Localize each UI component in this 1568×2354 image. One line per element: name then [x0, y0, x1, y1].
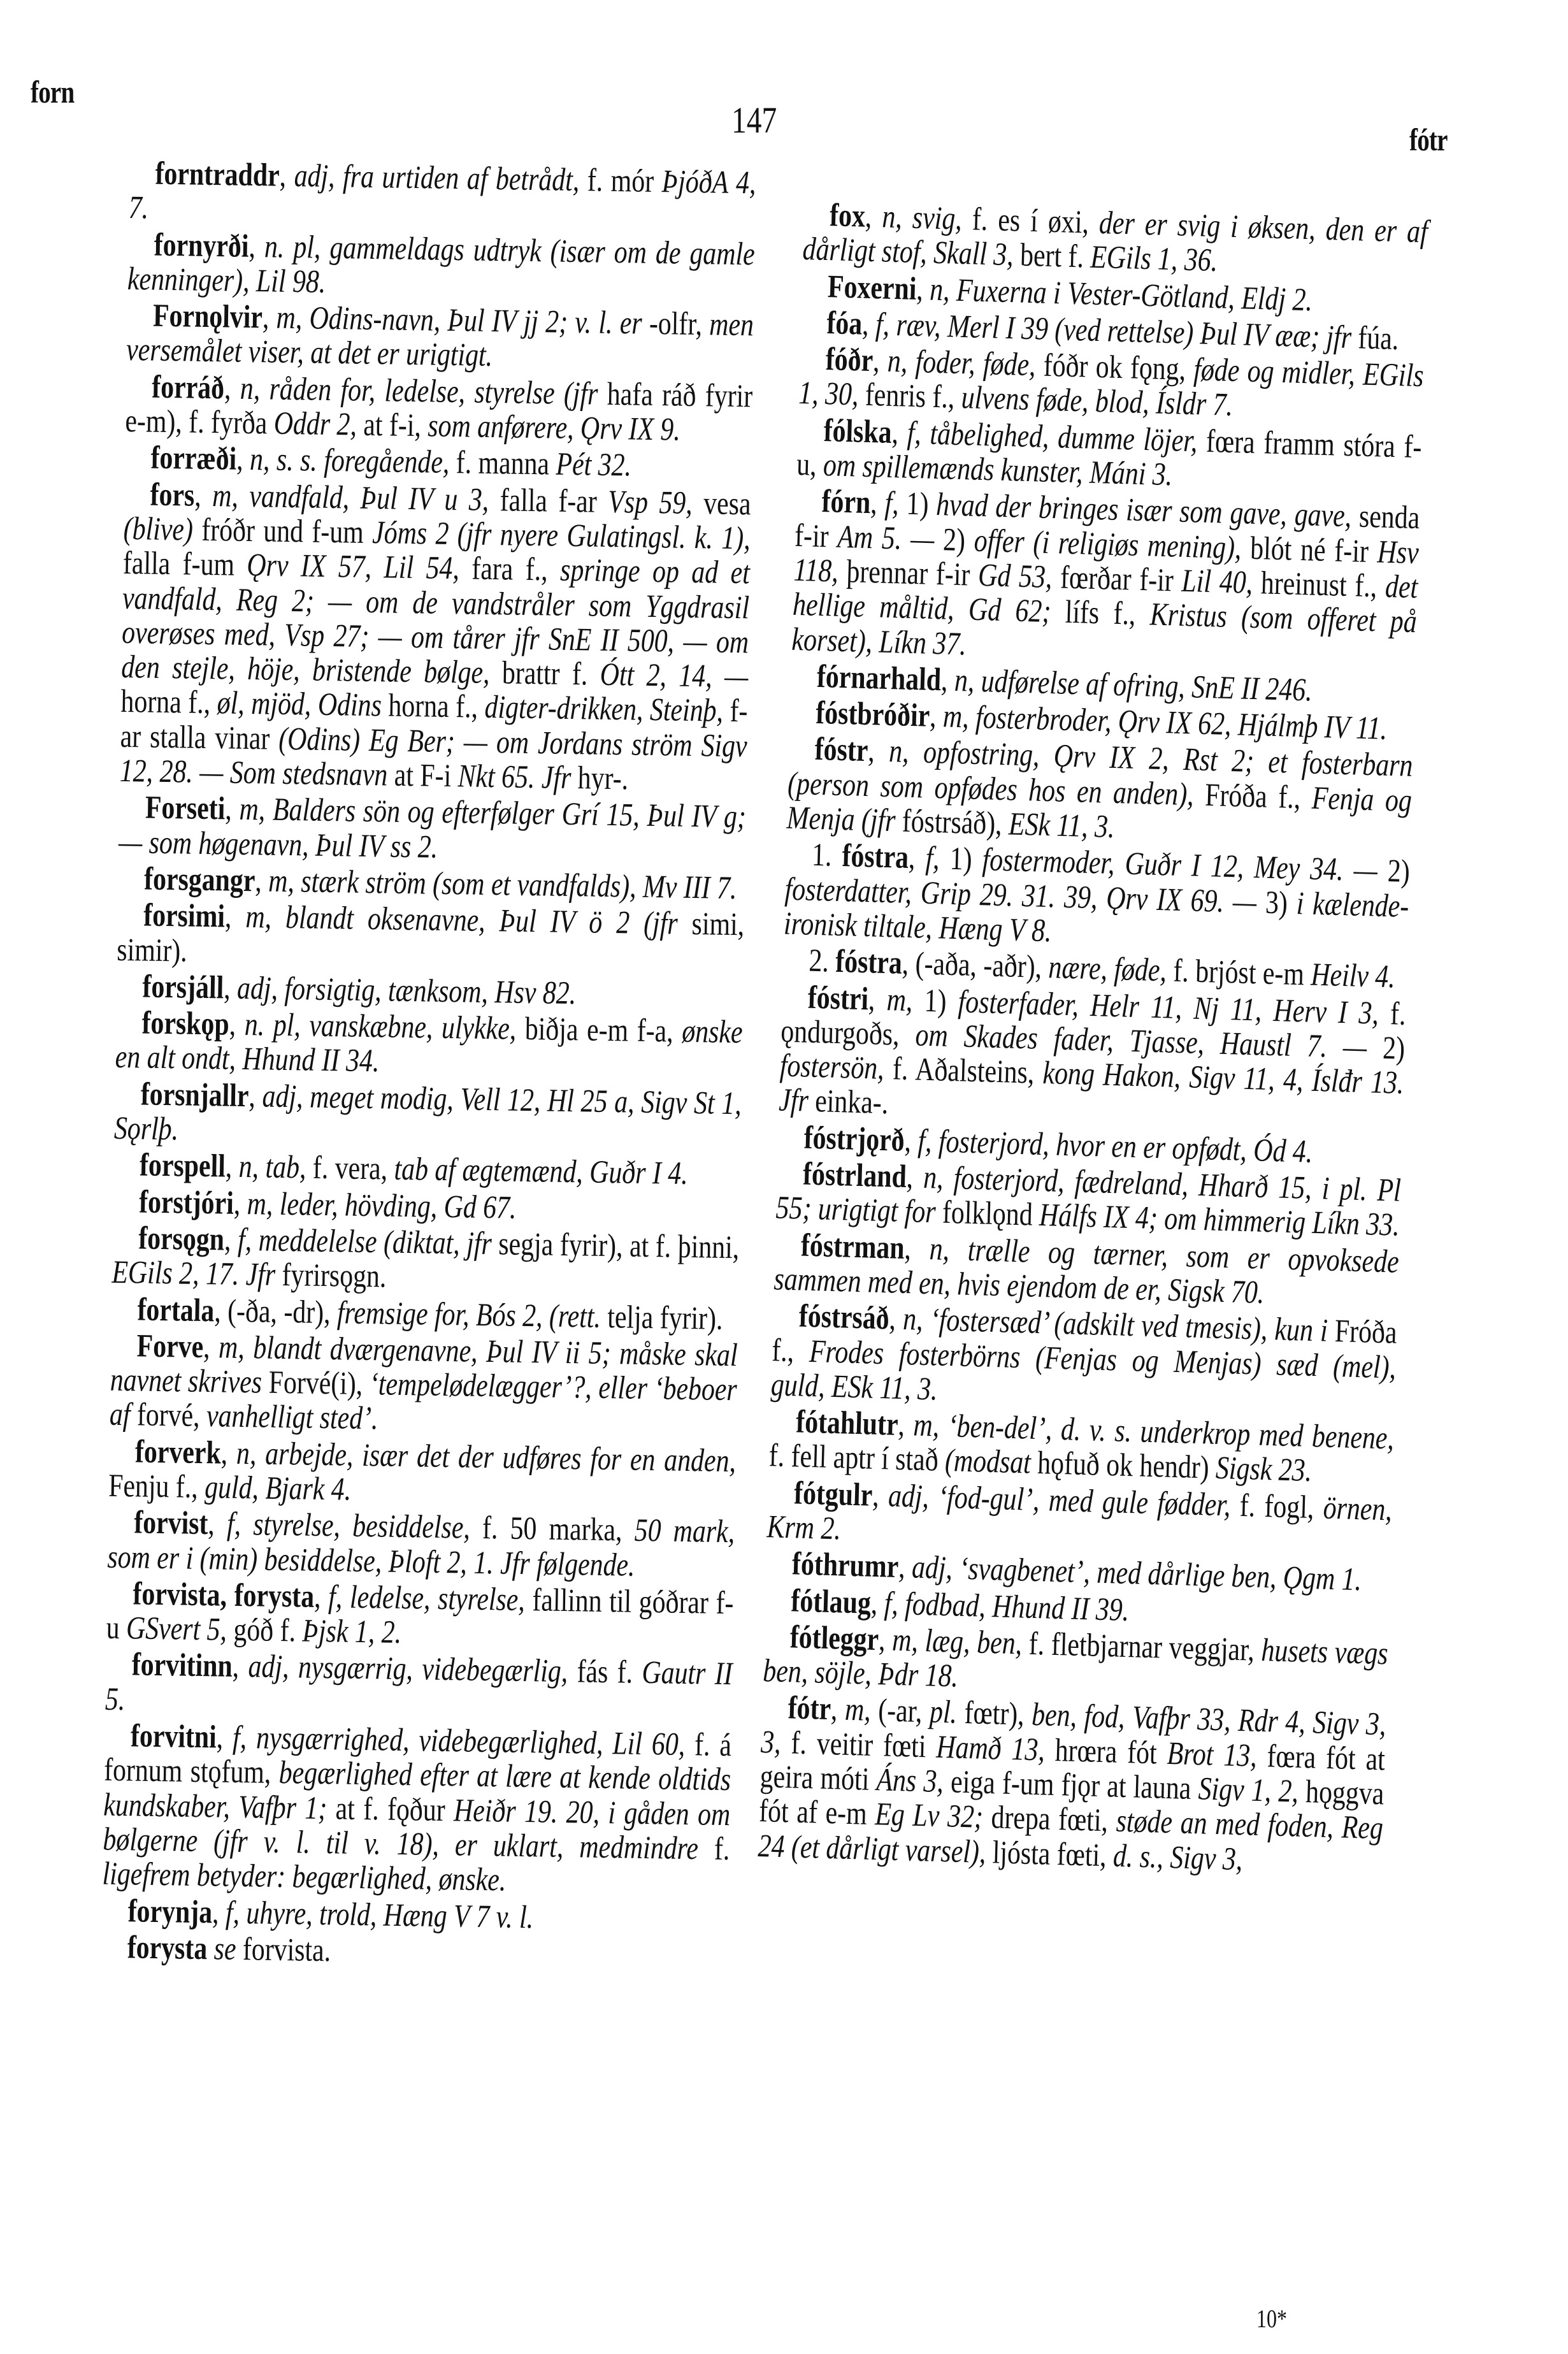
citation-text: , [236, 442, 250, 477]
printer-signature: 10* [1256, 2304, 1287, 2334]
citation-text: 1) [912, 983, 959, 1020]
citation-text: brattr f. [489, 655, 600, 693]
dictionary-entry: Fornǫlvir, m, Odins-navn, Þul IV jj 2; v… [126, 298, 754, 377]
citation-text: , [229, 1007, 245, 1043]
dictionary-entry: forskǫp, n. pl, vanskæbne, ulykke, biðja… [115, 1006, 743, 1085]
citation-text: góð f. [227, 1612, 303, 1649]
citation-text: , [898, 1549, 912, 1585]
column-left: forntraddr, adj, fra urtiden af betrådt,… [101, 156, 756, 1976]
dictionary-entry: Forve, m, blandt dværgenavne, Þul IV ii … [110, 1329, 738, 1442]
gloss-text: ulvens føde, blod, Ísldr 7. [961, 380, 1234, 424]
citation-text: , [203, 1329, 219, 1365]
homograph-number: 1. [811, 837, 842, 874]
gloss-text: pl. [929, 1694, 958, 1731]
citation-text: , [225, 791, 240, 827]
citation-text: forvista. [236, 1932, 331, 1968]
citation-text: , [906, 1159, 924, 1195]
gloss-text: f, meddelelse (diktat, jfr [238, 1222, 493, 1262]
gloss-text: f, ledelse, styrelse, [328, 1579, 525, 1618]
citation-text: 1) [898, 486, 937, 523]
headword: forræði [150, 440, 237, 477]
headword: forvist [134, 1505, 208, 1542]
gloss-text: guld, Bjark 4. [205, 1469, 352, 1508]
citation-text: -olfr, [649, 306, 710, 342]
citation-text: , [878, 1622, 893, 1658]
citation-text: , [263, 300, 277, 336]
headword: fornyrði [154, 227, 249, 264]
gloss-text: m, blandt oksenavne, Þul IV ö 2 (jfr [245, 899, 678, 942]
headword: fóstrjǫrð [803, 1120, 905, 1158]
dictionary-entry: fóstri, m, 1) fosterfader, Helr 11, Nj 1… [779, 979, 1407, 1135]
headword: forsimi [143, 898, 226, 935]
citation-text: , [314, 1579, 329, 1615]
headword: fórn [821, 484, 871, 521]
gloss-text: n, foder, føde, [887, 343, 1036, 383]
headword: fóðr [825, 342, 874, 379]
dictionary-page: forn 147 fótr forntraddr, adj, fra urtid… [0, 0, 1568, 2354]
gloss-text: f, [925, 841, 940, 877]
gloss-text: n, svig, [882, 199, 963, 236]
citation-text: folklǫnd [935, 1195, 1040, 1234]
citation-text: , [865, 199, 882, 235]
headword: fóstra [842, 838, 909, 876]
dictionary-entry: forntraddr, adj, fra urtiden af betrådt,… [128, 156, 756, 235]
headword: forntraddr [155, 156, 280, 194]
headword: fóstrland [802, 1157, 907, 1195]
citation-text: f. fell aptr í stað [768, 1438, 946, 1479]
citation-text: biðja e-m f-a, [516, 1011, 682, 1050]
gloss-text: adj, forsigtig, tænksom, Hsv 82. [237, 971, 577, 1011]
citation-text: segja fyrir), at f. þinni, [491, 1226, 739, 1266]
headword: forráð [152, 369, 225, 406]
gloss-text: Ótt 2, 14, — [600, 657, 748, 695]
citation-text: fóstrsáð), [895, 803, 1009, 842]
headword: forspell [140, 1148, 226, 1185]
citation-text: , [224, 370, 241, 406]
citation-text: , [255, 863, 269, 899]
citation-text: fœtr), [956, 1695, 1032, 1733]
headword: forvista, forysta [133, 1576, 314, 1614]
citation-text: f. es í øxi, [961, 201, 1100, 241]
dictionary-entry: forsimi, m, blandt oksenavne, Þul IV ö 2… [117, 898, 745, 977]
citation-text: , [225, 899, 246, 935]
citation-text: fóðr ok fǫng, [1035, 347, 1194, 387]
gloss-text: Pét 32. [556, 447, 631, 484]
gloss-text: Eg Lv 32; [875, 1796, 984, 1835]
headword: forsgangr [144, 861, 255, 899]
citation-text: Fróða f., [1193, 777, 1313, 816]
gloss-text: n, tab, [238, 1149, 306, 1186]
citation-text: lífs f., [1051, 594, 1151, 632]
citation-text: falla f-ar [489, 482, 608, 520]
dictionary-entry: fórn, f, 1) hvad der bringes især som ga… [791, 484, 1420, 674]
citation-text: forvé, [130, 1397, 206, 1434]
citation-text: f. manna [449, 445, 556, 482]
dictionary-entry: fors, m, vandfald, Þul IV u 3, falla f-a… [119, 477, 751, 798]
citation-text: , [916, 271, 930, 308]
gloss-text: f, styrelse, besiddelse, [227, 1506, 471, 1546]
citation-text: , [248, 229, 264, 264]
headword: fox [829, 198, 865, 235]
gloss-text: tab af ægtemænd, Guðr I 4. [394, 1152, 688, 1192]
citation-text: , [940, 662, 954, 698]
citation-text: hyr-. [571, 760, 629, 797]
citation-text: ljósta fœti, [986, 1835, 1114, 1874]
citation-text: f. vera, [306, 1150, 394, 1187]
headword: fóstri [807, 979, 869, 1017]
headword: fótlaug [791, 1583, 872, 1621]
gloss-text: Vsp 59, [608, 484, 693, 521]
citation-text: , [904, 1123, 918, 1159]
gloss-text: m, leder, hövding, Gd 67. [247, 1186, 517, 1226]
gloss-text: Sigsk 23. [1215, 1450, 1313, 1489]
headword: fóthrumr [791, 1547, 899, 1585]
gloss-text: m, [844, 1692, 871, 1728]
citation-text: f. brjóst e-m [1166, 953, 1311, 993]
citation-text: , [279, 158, 294, 194]
citation-text: horna f., [381, 688, 485, 726]
citation-text: , [898, 1407, 914, 1443]
citation-text: , [870, 1585, 884, 1621]
dictionary-entry: forráð, n, råden for, ledelse, styrelse … [125, 370, 753, 449]
citation-text: fenris f., [858, 377, 962, 415]
citation-text: , [233, 1185, 247, 1221]
headword: fótahlutr [796, 1404, 899, 1443]
dictionary-entry: forvist, f, styrelse, besiddelse, f. 50 … [107, 1505, 735, 1584]
gloss-text: EGils 2, 17. Jfr [111, 1255, 276, 1293]
headword: fórnarhald [816, 659, 942, 698]
headword: fótgulr [793, 1475, 873, 1513]
gloss-text: Oddr 2, [273, 406, 357, 443]
dictionary-entry: fóstr, n, opfostring, Ǫrv IX 2, Rst 2; e… [786, 732, 1413, 853]
headword: forvitni [131, 1718, 217, 1755]
gloss-text: f, [884, 486, 900, 522]
gloss-text: nære, føde, [1048, 950, 1167, 988]
dictionary-entry: Forseti, m, Balders sön og efterfølger G… [119, 790, 747, 869]
citation-text: 3) [1256, 885, 1297, 921]
column-right: fox, n, svig, f. es í øxi, der er svig i… [758, 198, 1428, 1882]
gloss-text: f, fodbad, Hhund II 39. [884, 1585, 1130, 1628]
gloss-text: Am 5. — [837, 519, 935, 557]
gloss-text: Heilv 4. [1311, 957, 1396, 995]
headword: forskǫp [141, 1006, 229, 1043]
headword: fólska [823, 413, 892, 451]
citation-text: fara f., [459, 551, 560, 588]
headword: fótr [788, 1691, 831, 1728]
headword: forsǫgn [138, 1220, 225, 1257]
citation-text: blót né f-ir [1241, 530, 1378, 570]
headword: forysta [127, 1930, 207, 1967]
citation-text: at f. fǫður [327, 1791, 454, 1828]
citation-text: drepa fœti, [982, 1800, 1116, 1839]
headword: fóstra [835, 944, 903, 981]
citation-text: , [216, 1720, 233, 1756]
gloss-text: Sigv 1, 2, [1198, 1771, 1299, 1809]
gloss-text: øl, mjöd, Odins [217, 686, 382, 724]
citation-text: , [224, 970, 238, 1006]
dictionary-entry: forysta se forvista. [101, 1930, 728, 1975]
citation-text: f. Aðalsteins, [884, 1051, 1044, 1091]
citation-text: , [908, 840, 926, 876]
citation-text: , [868, 981, 887, 1018]
gloss-text: Hamð 13, [936, 1729, 1046, 1768]
gloss-text: fremsige for, Bós 2, (rett. [337, 1295, 601, 1334]
citation-text: falla f-um [123, 545, 247, 583]
running-head-right: fótr [1409, 121, 1448, 158]
citation-text: , (-ða, -dr), [214, 1293, 338, 1331]
gloss-text: m, [886, 982, 913, 1018]
citation-text: , [830, 1692, 845, 1728]
gloss-text: f, uhyre, trold, Hæng V 7 v. l. [226, 1895, 534, 1935]
gloss-text: n. pl, vanskæbne, ulykke, [244, 1007, 516, 1047]
citation-text: , [861, 307, 875, 343]
headword: Forseti [145, 790, 225, 827]
citation-text: , [194, 477, 213, 513]
headword: Foxerni [827, 269, 917, 307]
headword: fortala [137, 1292, 215, 1329]
citation-text: , [248, 1078, 263, 1114]
citation-text: at f-i, [356, 407, 428, 444]
gloss-text: Nkt 65. Jfr [457, 758, 572, 796]
citation-text: 2) [934, 522, 975, 559]
citation-text: Forvé(i), [262, 1365, 370, 1403]
headword: Forve [136, 1328, 203, 1365]
gloss-text: digter-drikken, Steinþ, [484, 690, 723, 729]
gloss-text: Áns 3, [876, 1762, 944, 1800]
headword: fóstbróðir [816, 695, 930, 734]
headword: forynja [127, 1893, 212, 1930]
citation-text: fúa. [1351, 320, 1399, 357]
gloss-text: n, s. s. foregående, [250, 442, 450, 480]
gloss-text: EGils 1, 36. [1090, 240, 1218, 279]
citation-text: f. fletbjarnar veggjar, [1021, 1626, 1262, 1668]
citation-text: , [225, 1149, 239, 1185]
citation-text: fœrðar f-ir [1052, 560, 1183, 599]
citation-text: (-ar, [870, 1693, 930, 1730]
gloss-text: m, stærk ström (som et vandfalds), Mv II… [268, 863, 737, 907]
headword: Fornǫlvir [153, 298, 263, 336]
citation-text: hǫfuð ok hendr) [1030, 1445, 1216, 1486]
gloss-text: m, læg, ben, [892, 1622, 1023, 1662]
gloss-text: adj, nysgærrig, videbegærlig, [248, 1649, 568, 1690]
gloss-text: se [213, 1931, 236, 1967]
citation-text: hreinust f., [1252, 565, 1386, 605]
citation-text: , [929, 698, 943, 735]
citation-text: , [212, 1895, 226, 1930]
headword: forverk [135, 1434, 222, 1471]
gloss-text: Þjsk 1, 2. [302, 1614, 402, 1650]
dictionary-entry: forsnjallr, adj, meget modig, Vell 12, H… [114, 1077, 742, 1156]
citation-text: f. [698, 1831, 730, 1867]
citation-text: hrœra fót [1044, 1732, 1167, 1771]
headword: forsjáll [142, 969, 224, 1006]
dictionary-entry: forvista, forysta, f, ledelse, styrelse,… [106, 1577, 734, 1656]
gloss-text: m, vandfald, Þul IV u 3, [212, 478, 489, 518]
gloss-text: ESk 11, 3. [1008, 806, 1115, 845]
citation-text: fyrirsǫgn. [275, 1257, 387, 1295]
citation-text: f. mór [579, 162, 662, 199]
dictionary-entry: 1. fóstra, f, 1) fostermoder, Guðr I 12,… [783, 837, 1410, 958]
citation-text: 2) [1377, 853, 1410, 890]
headword: forstjóri [139, 1184, 234, 1221]
dictionary-entry: forverk, n, arbejde, især det der udføre… [108, 1434, 737, 1513]
citation-text: þrennar f-ir [838, 554, 979, 593]
gloss-text: d. s., Sigv 3, [1112, 1838, 1243, 1877]
citation-text: einka-. [808, 1083, 889, 1121]
headword: fótleggr [789, 1619, 879, 1657]
gloss-text: Gd 53, [977, 558, 1053, 595]
dictionary-entry: forsǫgn, f, meddelelse (diktat, jfr segj… [111, 1221, 740, 1300]
headword: fóa [826, 305, 863, 342]
citation-text: , (-aða, -aðr), [902, 946, 1049, 985]
citation-text: , [904, 1231, 930, 1267]
citation-text: , [868, 733, 890, 770]
homograph-number: 2. [809, 943, 836, 979]
gloss-text: (modsat [944, 1443, 1031, 1481]
citation-text: f. veitir fœti [780, 1725, 937, 1765]
headword: fors [150, 477, 195, 513]
gloss-text: Lil 40, [1181, 563, 1253, 601]
gloss-text: vanhelligt sted’. [206, 1399, 378, 1437]
headword: forsnjallr [140, 1076, 248, 1114]
citation-text: , [889, 1301, 903, 1338]
gloss-text: GSvert 5, [126, 1610, 227, 1647]
citation-text: , [232, 1649, 248, 1684]
citation-text: fás f. [568, 1654, 642, 1691]
gloss-text: fostersön, [779, 1048, 884, 1087]
headword: fóstr [814, 732, 868, 769]
citation-text: Fenju f., [108, 1468, 205, 1505]
gloss-text: adj, fra urtiden af betrådt, [294, 158, 579, 198]
gloss-text: Ǫrv IX 57, Lil 54, [247, 547, 459, 586]
citation-text: , [872, 343, 888, 379]
citation-text: , [870, 485, 886, 521]
headword: fóstrsáð [798, 1299, 889, 1337]
citation-text: , [891, 415, 908, 451]
dictionary-entry: forvitinn, adj, nysgærrig, videbegærlig,… [105, 1647, 733, 1726]
citation-text: f. 50 marka, [470, 1510, 635, 1549]
gloss-text: som anførere, Ǫrv IX 9. [428, 408, 680, 447]
citation-text: horna f., [120, 684, 217, 721]
dictionary-entry: fótr, m, (-ar, pl. fœtr), ben, fod, Vafþ… [758, 1691, 1386, 1881]
citation-text: bert f. [1013, 238, 1091, 275]
citation-text: , [872, 1477, 889, 1513]
citation-text: , [224, 1222, 238, 1257]
headword: fóstrman [800, 1227, 905, 1266]
citation-text: , [220, 1435, 236, 1471]
gloss-text: (blive) [123, 511, 193, 548]
citation-text: 2) [1366, 1030, 1405, 1067]
running-head-left: forn [31, 73, 74, 110]
gloss-text: ligefrem betyder: begærlighed, ønske. [102, 1856, 507, 1898]
headword: forvitinn [131, 1647, 233, 1684]
citation-text: vesa [692, 486, 751, 522]
page-number: 147 [731, 99, 777, 141]
citation-text: fróðr und f-um [192, 512, 372, 551]
dictionary-entry: fóstrsáð, n, ‘fostersæd’ (adskilt ved tm… [770, 1299, 1397, 1420]
citation-text: telja fyrir). [600, 1299, 723, 1336]
dictionary-entry: forvitni, f, nysgærrighed, videbegærligh… [102, 1719, 731, 1902]
dictionary-entry: fornyrði, n. pl, gammeldags udtryk (især… [127, 227, 756, 307]
citation-text: at F-i [387, 758, 458, 795]
citation-text: 1) [939, 841, 983, 878]
citation-text: , [208, 1506, 227, 1542]
gloss-text: Brot 13, [1167, 1736, 1258, 1774]
citation-text: f. fogl, [1230, 1487, 1324, 1526]
